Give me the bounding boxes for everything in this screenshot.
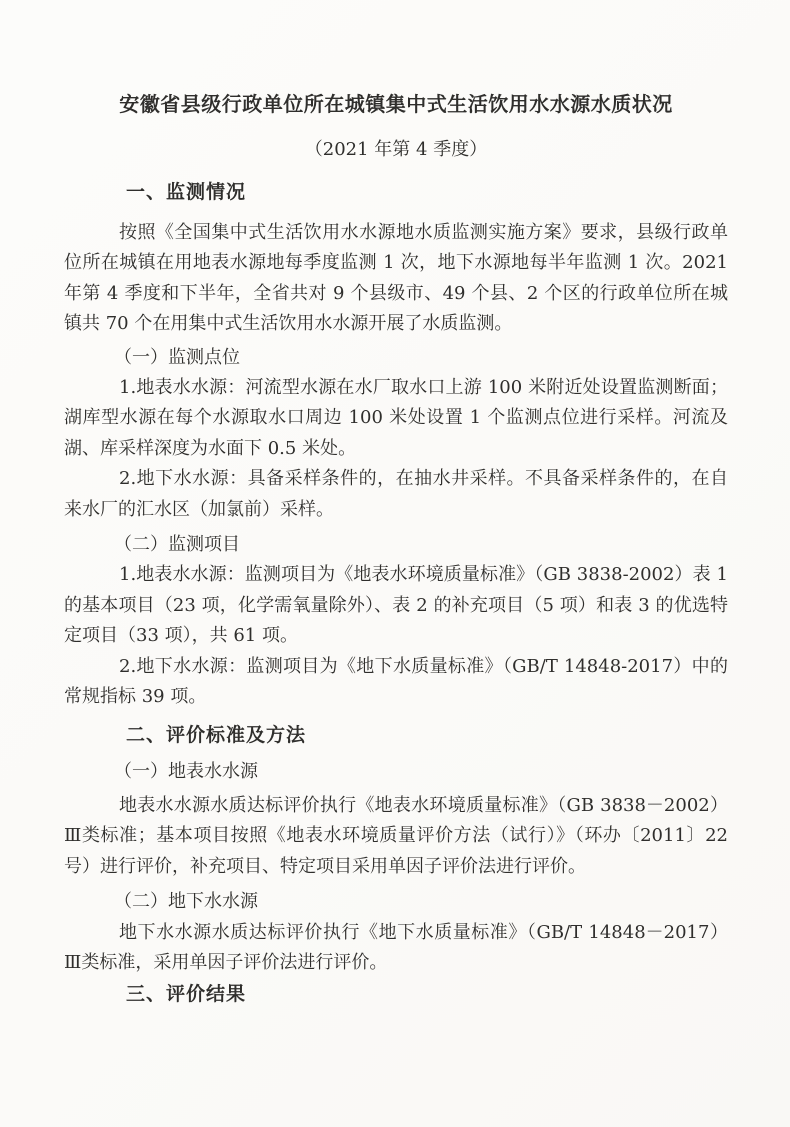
subsection-1-2-item-2: 2.地下水水源：监测项目为《地下水质量标准》（GB/T 14848-2017）中…: [64, 652, 728, 713]
subsection-1-2-heading: （二）监测项目: [64, 530, 728, 560]
section-3-heading: 三、评价结果: [126, 982, 728, 1006]
document-subtitle: （2021 年第 4 季度）: [64, 138, 728, 162]
subsection-1-1-item-1: 1.地表水水源：河流型水源在水厂取水口上游 100 米附近处设置监测断面；湖库型…: [64, 373, 728, 464]
subsection-2-2-paragraph: 地下水水源水质达标评价执行《地下水质量标准》（GB/T 14848－2017）Ⅲ…: [64, 918, 728, 979]
subsection-1-2-item-1: 1.地表水水源：监测项目为《地表水环境质量标准》（GB 3838-2002）表 …: [64, 560, 728, 651]
subsection-2-1-paragraph: 地表水水源水质达标评价执行《地表水环境质量标准》（GB 3838－2002）Ⅲ类…: [64, 791, 728, 882]
section-1-intro-paragraph: 按照《全国集中式生活饮用水水源地水质监测实施方案》要求，县级行政单位所在城镇在用…: [64, 218, 728, 340]
subsection-2-2-heading: （二）地下水水源: [64, 887, 728, 917]
section-2-heading: 二、评价标准及方法: [126, 723, 728, 747]
subsection-2-1-heading: （一）地表水水源: [64, 757, 728, 787]
subsection-1-1-heading: （一）监测点位: [64, 343, 728, 373]
document-page: 安徽省县级行政单位所在城镇集中式生活饮用水水源水质状况 （2021 年第 4 季…: [0, 0, 790, 1127]
document-title: 安徽省县级行政单位所在城镇集中式生活饮用水水源水质状况: [64, 92, 728, 116]
section-1-heading: 一、监测情况: [126, 180, 728, 204]
subsection-1-1-item-2: 2.地下水水源：具备采样条件的，在抽水井采样。不具备采样条件的，在自来水厂的汇水…: [64, 464, 728, 525]
